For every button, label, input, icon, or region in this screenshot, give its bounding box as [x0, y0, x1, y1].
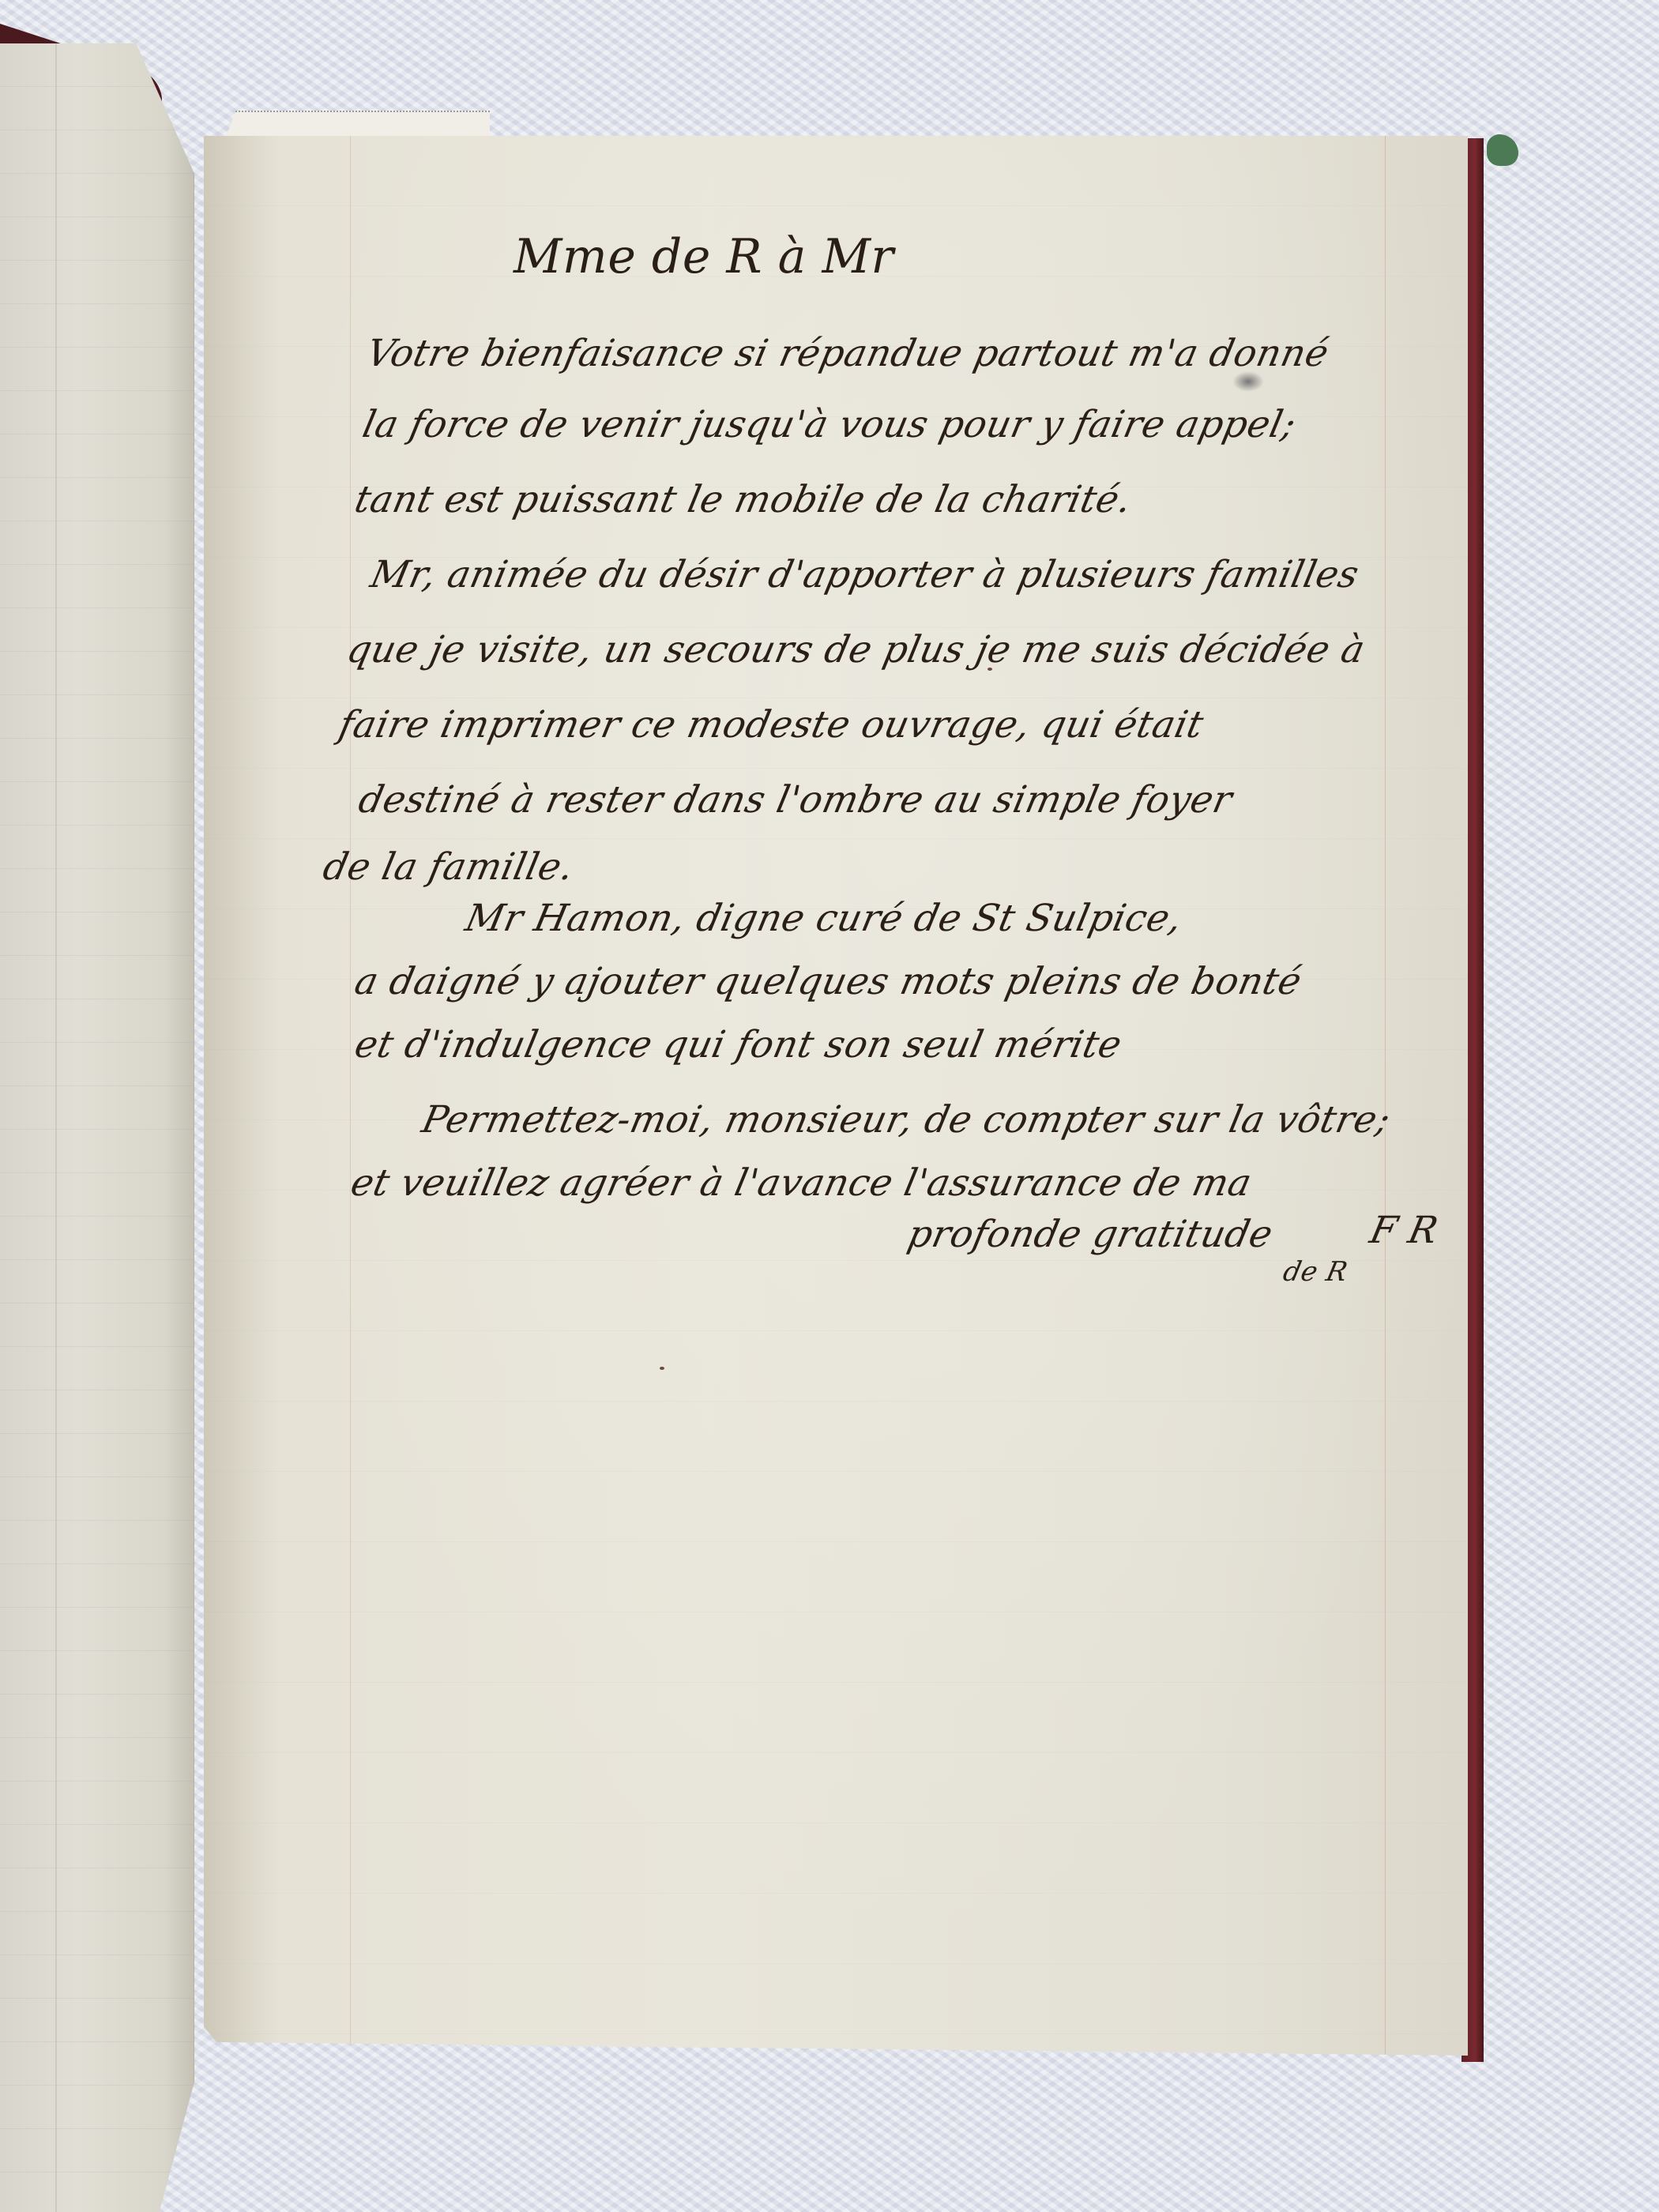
- letter-line: faire imprimer ce modeste ouvrage, qui é…: [335, 703, 1207, 747]
- letter-closing: profonde gratitude: [904, 1213, 1277, 1256]
- cover-corner: [1487, 134, 1518, 166]
- letter-line: et veuillez agréer à l'avance l'assuranc…: [347, 1161, 1255, 1205]
- left-page: [0, 43, 194, 2212]
- left-page-ruling: [0, 43, 194, 2212]
- letter-heading: Mme de R à Mr: [513, 229, 894, 284]
- letter-line: Votre bienfaisance si répandue partout m…: [363, 332, 1333, 375]
- signature-initials: F R: [1366, 1209, 1442, 1252]
- letter-line: de la famille.: [319, 845, 577, 889]
- letter-line: destiné à rester dans l'ombre au simple …: [355, 778, 1236, 822]
- letter-line: et d'indulgence qui font son seul mérite: [351, 1023, 1126, 1066]
- letter-line: a daigné y ajouter quelques mots pleins …: [351, 960, 1305, 1003]
- left-page-fold: [55, 43, 57, 2212]
- right-margin-line: [1385, 136, 1386, 2056]
- signature-suffix: de R: [1281, 1256, 1351, 1288]
- letter-line: que je visite, un secours de plus je me …: [343, 628, 1369, 671]
- letter-line: Mr, animée du désir d'apporter à plusieu…: [367, 553, 1363, 596]
- paper-speck: [660, 1367, 664, 1370]
- letter-line: Permettez-moi, monsieur, de compter sur …: [418, 1098, 1394, 1142]
- paper-slip: [225, 111, 490, 139]
- letter-line: tant est puissant le mobile de la charit…: [351, 478, 1135, 521]
- letter-line: la force de venir jusqu'à vous pour y fa…: [359, 403, 1300, 446]
- left-margin-line: [350, 136, 351, 2056]
- letter-line: Mr Hamon, digne curé de St Sulpice,: [461, 897, 1186, 940]
